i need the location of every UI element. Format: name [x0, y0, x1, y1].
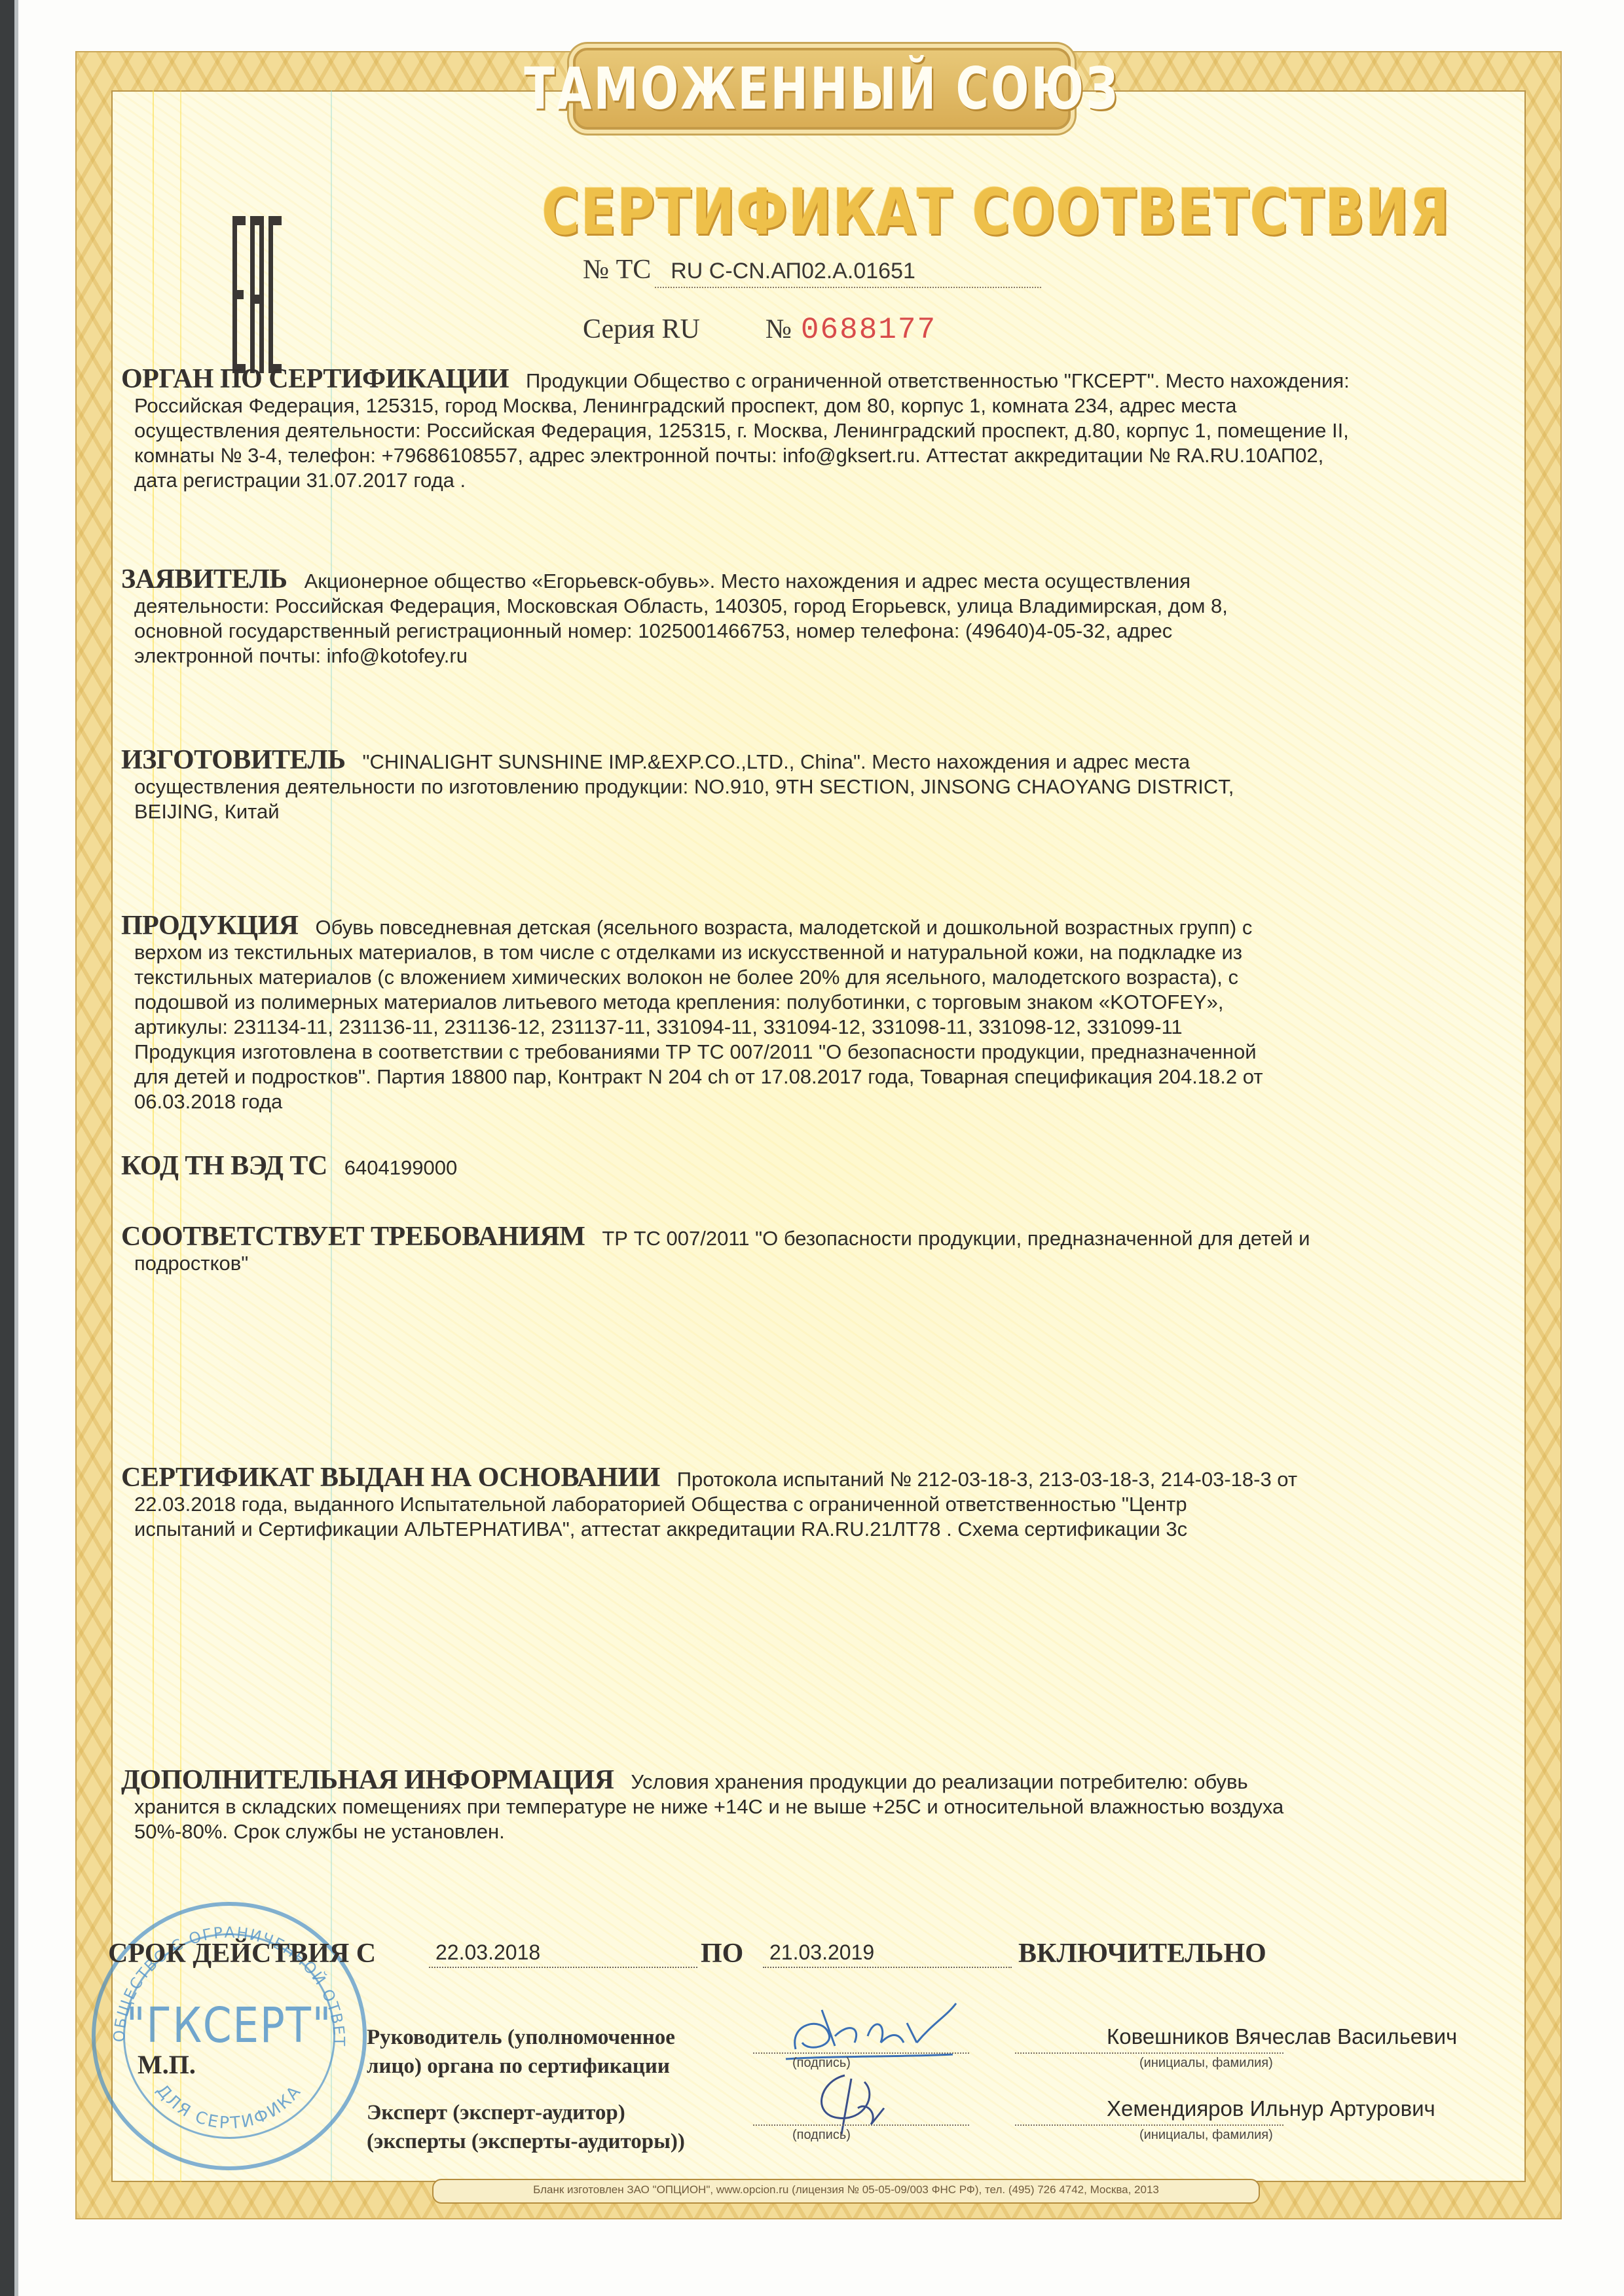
section-line: деятельности: Российская Федерация, Моск…	[121, 594, 1509, 619]
scan-edge	[0, 0, 14, 2296]
head-label-line2: лицо) органа по сертификации	[367, 2052, 675, 2081]
head-signatory-label: Руководитель (уполномоченное лицо) орган…	[367, 2023, 675, 2081]
validity-heading: СРОК ДЕЙСТВИЯ С	[108, 1938, 376, 1969]
head-signature-line	[753, 2052, 969, 2054]
registration-number: RU C-CN.АП02.А.01651	[671, 259, 915, 283]
head-name-caption: (инициалы, фамилия)	[1139, 2056, 1273, 2071]
section-heading: СЕРТИФИКАТ ВЫДАН НА ОСНОВАНИИ	[121, 1463, 660, 1493]
head-name-line	[1015, 2052, 1283, 2054]
section-text: Продукции Общество с ограниченной ответс…	[526, 369, 1350, 392]
expert-signature-line	[753, 2124, 969, 2126]
section-line: дата регистрации 31.07.2017 года .	[121, 468, 1509, 493]
tn-ved-code-value: 6404199000	[344, 1156, 457, 1179]
head-name: Ковешников Вячеслав Васильевич	[1107, 2024, 1457, 2049]
serial-number: 0688177	[801, 313, 936, 347]
valid-to-underline	[763, 1967, 1012, 1968]
valid-from-date: 22.03.2018	[435, 1941, 540, 1965]
registration-underline	[655, 287, 1041, 289]
registration-number-row: № ТСRU C-CN.АП02.А.01651	[583, 254, 915, 285]
section-line: 06.03.2018 года	[121, 1089, 1509, 1114]
section-manufacturer: ИЗГОТОВИТЕЛЬ"CHINALIGHT SUNSHINE IMP.&EX…	[121, 748, 1509, 824]
section-text: Обувь повседневная детская (ясельного во…	[316, 916, 1253, 939]
inclusive-label: ВКЛЮЧИТЕЛЬНО	[1018, 1938, 1266, 1969]
eac-logo-svg	[232, 216, 282, 373]
customs-union-title: ТАМОЖЕННЫЙ СОЮЗ	[524, 55, 1120, 122]
section-line: верхом из текстильных материалов, в том …	[121, 940, 1509, 965]
section-line: подошвой из полимерных материалов литьев…	[121, 990, 1509, 1015]
section-line: Продукция изготовлена в соответствии с т…	[121, 1040, 1509, 1065]
scan-edge-inner	[14, 0, 18, 2296]
series-row: Серия RU№0688177	[583, 313, 936, 347]
article-numbers: артикулы: 231134-11, 231136-11, 231136-1…	[121, 1015, 1509, 1040]
expert-signature-caption: (подпись)	[792, 2128, 851, 2143]
section-tn-ved-code: КОД ТН ВЭД ТС6404199000	[121, 1154, 1509, 1180]
section-applicant: ЗАЯВИТЕЛЬАкционерное общество «Егорьевск…	[121, 567, 1509, 668]
expert-label-line1: Эксперт (эксперт-аудитор)	[367, 2098, 685, 2127]
certificate-title: СЕРТИФИКАТ СООТВЕТСТВИЯ	[542, 175, 1122, 249]
section-text: Акционерное общество «Егорьевск-обувь». …	[304, 570, 1190, 592]
section-line: электронной почты: info@kotofey.ru	[121, 644, 1509, 668]
section-line: Российская Федерация, 125315, город Моск…	[121, 393, 1509, 418]
valid-to-date: 21.03.2019	[769, 1941, 874, 1965]
expert-label-line2: (эксперты (эксперты-аудиторы))	[367, 2127, 685, 2156]
section-line: осуществления деятельности: Российская Ф…	[121, 418, 1509, 443]
section-line: испытаний и Сертификации АЛЬТЕРНАТИВА", …	[121, 1517, 1509, 1542]
section-heading: ДОПОЛНИТЕЛЬНАЯ ИНФОРМАЦИЯ	[121, 1765, 614, 1795]
section-certification-body: ОРГАН ПО СЕРТИФИКАЦИИПродукции Общество …	[121, 367, 1509, 493]
head-label-line1: Руководитель (уполномоченное	[367, 2023, 675, 2052]
section-heading: ОРГАН ПО СЕРТИФИКАЦИИ	[121, 364, 509, 394]
section-line: основной государственный регистрационный…	[121, 619, 1509, 644]
section-line: хранится в складских помещениях при темп…	[121, 1795, 1509, 1819]
section-line: BEIJING, Китай	[121, 799, 1509, 824]
expert-name-line	[1015, 2124, 1283, 2126]
section-line: комнаты № 3-4, телефон: +79686108557, ад…	[121, 443, 1509, 468]
section-heading: ЗАЯВИТЕЛЬ	[121, 564, 287, 594]
section-conforms-to: СООТВЕТСТВУЕТ ТРЕБОВАНИЯМТР ТС 007/2011 …	[121, 1224, 1509, 1276]
valid-from-underline	[429, 1967, 697, 1968]
section-line: для детей и подростков". Партия 18800 па…	[121, 1065, 1509, 1089]
customs-union-banner: ТАМОЖЕННЫЙ СОЮЗ	[573, 48, 1071, 130]
section-heading: СООТВЕТСТВУЕТ ТРЕБОВАНИЯМ	[121, 1222, 585, 1252]
eac-mark-icon	[232, 216, 282, 295]
expert-signatory-label: Эксперт (эксперт-аудитор) (эксперты (экс…	[367, 2098, 685, 2156]
section-line: осуществления деятельности по изготовлен…	[121, 774, 1509, 799]
expert-name-caption: (инициалы, фамилия)	[1139, 2128, 1273, 2143]
series-label: Серия RU	[583, 314, 700, 344]
section-line: 22.03.2018 года, выданного Испытательной…	[121, 1492, 1509, 1517]
section-text: "CHINALIGHT SUNSHINE IMP.&EXP.CO.,LTD., …	[363, 750, 1190, 773]
registration-number-label: № ТС	[583, 255, 651, 285]
valid-to-label: ПО	[701, 1938, 743, 1969]
printer-note: Бланк изготовлен ЗАО "ОПЦИОН", www.opcio…	[432, 2179, 1260, 2204]
seal-label: М.П.	[138, 2049, 196, 2080]
serial-label: №	[766, 314, 792, 344]
section-text: ТР ТС 007/2011 "О безопасности продукции…	[602, 1227, 1310, 1250]
section-heading: ПРОДУКЦИЯ	[121, 911, 299, 941]
section-issued-on-basis: СЕРТИФИКАТ ВЫДАН НА ОСНОВАНИИПротокола и…	[121, 1465, 1509, 1542]
section-text: Условия хранения продукции до реализации…	[631, 1770, 1247, 1793]
section-additional-info: ДОПОЛНИТЕЛЬНАЯ ИНФОРМАЦИЯУсловия хранени…	[121, 1768, 1509, 1844]
expert-name: Хемендияров Ильнур Артурович	[1107, 2096, 1435, 2121]
stamp-org-name: "ГКСЕРТ"	[116, 1997, 343, 2054]
section-heading: КОД ТН ВЭД ТС	[121, 1151, 327, 1181]
section-line: 50%-80%. Срок службы не установлен.	[121, 1819, 1509, 1844]
validity-period: СРОК ДЕЙСТВИЯ С 22.03.2018 ПО 21.03.2019…	[108, 1938, 1418, 1977]
section-line: текстильных материалов (с вложением хими…	[121, 965, 1509, 990]
section-line: подростков"	[121, 1251, 1509, 1276]
section-text: Протокола испытаний № 212-03-18-3, 213-0…	[677, 1468, 1297, 1491]
section-products: ПРОДУКЦИЯОбувь повседневная детская (ясе…	[121, 913, 1509, 1114]
section-heading: ИЗГОТОВИТЕЛЬ	[121, 745, 346, 775]
